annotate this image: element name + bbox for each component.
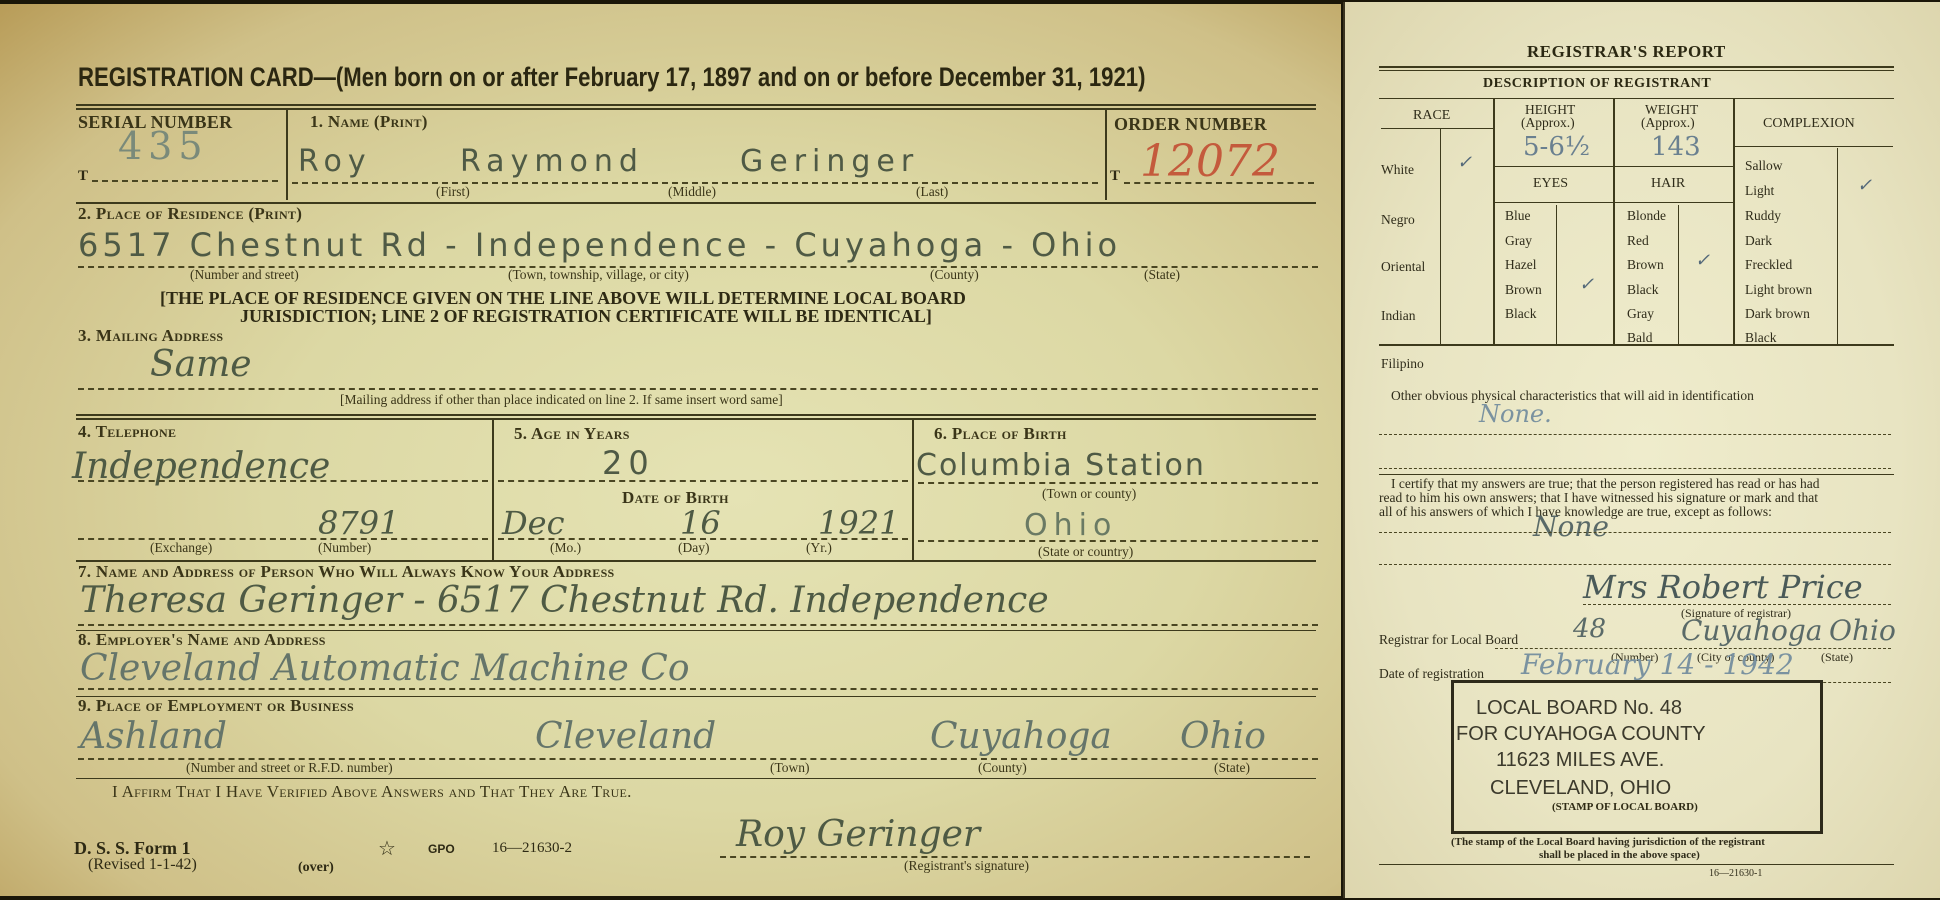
dob-month-caption: (Mo.) [550, 540, 581, 556]
race-option-filipino: Filipino [1381, 356, 1424, 372]
order-number-value: 12072 [1140, 136, 1280, 187]
dob-day: 16 [680, 504, 721, 542]
complexion-option-ruddy: Ruddy [1745, 208, 1781, 224]
hair-option-red: Red [1627, 233, 1649, 249]
employer-value: Cleveland Automatic Machine Co [80, 648, 690, 689]
name-first-caption: (First) [436, 184, 470, 200]
hair-brown-check-icon: ✓ [1695, 250, 1710, 271]
name-middle-caption: (Middle) [668, 184, 716, 200]
birthplace-label: 6. Place of Birth [934, 424, 1067, 444]
eyes-option-black: Black [1505, 306, 1537, 322]
other-characteristics-label: Other obvious physical characteristics t… [1391, 388, 1754, 404]
stamp-caption: (STAMP OF LOCAL BOARD) [1552, 801, 1698, 813]
employment-state-caption: (State) [1214, 760, 1250, 776]
telephone-number: 8791 [318, 504, 399, 542]
serial-number-value: 435 [118, 124, 209, 168]
order-prefix: T [1110, 168, 1120, 185]
mailing-label: 3. Mailing Address [78, 326, 223, 346]
serial-prefix: T [78, 168, 88, 185]
hair-option-black: Black [1627, 282, 1659, 298]
complexion-option-sallow: Sallow [1745, 158, 1783, 174]
registrars-report: REGISTRAR'S REPORT DESCRIPTION OF REGIST… [1343, 2, 1940, 898]
registrant-signature-caption: (Registrant's signature) [904, 858, 1029, 874]
employment-street: Ashland [80, 716, 227, 757]
residence-caption-county: (County) [930, 267, 979, 283]
local-board-state: Ohio [1829, 614, 1896, 647]
eyes-brown-check-icon: ✓ [1579, 274, 1594, 295]
complexion-option-light-brown: Light brown [1745, 282, 1812, 298]
birthplace-town: Columbia Station [916, 448, 1206, 483]
employment-town: Cleveland [535, 716, 716, 757]
telephone-label: 4. Telephone [78, 422, 176, 442]
form-code: 16—21630-2 [492, 840, 572, 857]
race-option-indian: Indian [1381, 308, 1416, 324]
weight-approx: (Approx.) [1641, 115, 1695, 131]
employment-state: Ohio [1180, 716, 1266, 757]
birthplace-state: Ohio [1024, 508, 1117, 543]
form-over: (over) [298, 860, 334, 876]
telephone-number-caption: (Number) [318, 540, 371, 556]
gpo-label: GPO [428, 842, 455, 856]
eyes-option-brown: Brown [1505, 282, 1542, 298]
star-icon: ☆ [378, 836, 396, 861]
employment-street-caption: (Number and street or R.F.D. number) [186, 760, 393, 776]
eyes-option-hazel: Hazel [1505, 257, 1536, 273]
residence-caption-street: (Number and street) [190, 267, 299, 283]
name-last-caption: (Last) [916, 184, 948, 200]
height-approx: (Approx.) [1521, 115, 1575, 131]
stamp-line3: 11623 MILES AVE. [1496, 749, 1664, 772]
dob-year-caption: (Yr.) [806, 540, 832, 556]
eyes-option-gray: Gray [1505, 233, 1532, 249]
employment-county-caption: (County) [978, 760, 1027, 776]
order-number-label: ORDER NUMBER [1114, 114, 1267, 135]
telephone-exchange-caption: (Exchange) [150, 540, 212, 556]
residence-caption-state: (State) [1144, 267, 1180, 283]
race-option-oriental: Oriental [1381, 259, 1425, 275]
complexion-option-freckled: Freckled [1745, 257, 1792, 273]
hair-option-bald: Bald [1627, 330, 1653, 346]
registration-date-value: February 14 - 1942 [1521, 648, 1794, 681]
employment-place-label: 9. Place of Employment or Business [78, 696, 354, 716]
hair-option-brown: Brown [1627, 257, 1664, 273]
dob-year: 1921 [818, 504, 899, 542]
age-label: 5. Age in Years [514, 424, 630, 444]
other-characteristics-value: None. [1479, 400, 1552, 428]
race-option-negro: Negro [1381, 212, 1415, 228]
height-value: 5-6½ [1523, 132, 1590, 162]
complexion-option-light: Light [1745, 183, 1774, 199]
stamp-note-line1: (The stamp of the Local Board having jur… [1451, 836, 1765, 848]
report-code: 16—21630-1 [1709, 868, 1762, 879]
name-label: 1. Name (Print) [310, 112, 428, 132]
residence-notice-line2: JURISDICTION; LINE 2 OF REGISTRATION CER… [240, 306, 932, 327]
hair-label: HAIR [1651, 176, 1685, 192]
report-title: REGISTRAR'S REPORT [1527, 42, 1726, 62]
registration-card-front: REGISTRATION CARD—(Men born on or after … [0, 4, 1341, 896]
age-value: 20 [602, 444, 655, 482]
stamp-line4: CLEVELAND, OHIO [1490, 777, 1671, 800]
race-label: RACE [1413, 108, 1450, 124]
form-revised: (Revised 1-1-42) [88, 856, 197, 874]
employment-county: Cuyahoga [930, 716, 1112, 757]
stamp-note-line2: shall be placed in the above space) [1539, 849, 1700, 861]
local-board-city: Cuyahoga [1681, 614, 1822, 647]
residence-value: 6517 Chestnut Rd - Independence - Cuyaho… [78, 226, 1121, 264]
mailing-value: Same [150, 344, 252, 385]
local-board-number: 48 [1573, 614, 1606, 644]
birthplace-town-caption: (Town or county) [1042, 486, 1136, 502]
complexion-option-dark: Dark [1745, 233, 1772, 249]
local-board-label: Registrar for Local Board [1379, 632, 1518, 648]
hair-option-gray: Gray [1627, 306, 1654, 322]
complexion-option-dark-brown: Dark brown [1745, 306, 1810, 322]
contact-value: Theresa Geringer - 6517 Chestnut Rd. Ind… [80, 580, 1049, 621]
weight-value: 143 [1651, 132, 1701, 162]
birthplace-state-caption: (State or country) [1038, 544, 1133, 560]
local-board-state-caption: (State) [1821, 650, 1853, 665]
eyes-label: EYES [1533, 176, 1568, 192]
card-title: REGISTRATION CARD—(Men born on or after … [78, 62, 1145, 93]
employment-town-caption: (Town) [770, 760, 810, 776]
certification-exceptions-value: None [1533, 510, 1609, 543]
registrar-signature: Mrs Robert Price [1583, 568, 1863, 606]
complexion-label: COMPLEXION [1763, 116, 1855, 132]
dob-day-caption: (Day) [678, 540, 709, 556]
stamp-line1: LOCAL BOARD No. 48 [1476, 697, 1682, 720]
complexion-option-black: Black [1745, 330, 1777, 346]
hair-option-blonde: Blonde [1627, 208, 1666, 224]
registrant-signature: Roy Geringer [736, 814, 980, 855]
dob-month: Dec [502, 504, 565, 542]
residence-label: 2. Place of Residence (Print) [78, 204, 302, 224]
report-subtitle: DESCRIPTION OF REGISTRANT [1483, 76, 1711, 92]
employer-label: 8. Employer's Name and Address [78, 630, 326, 650]
stamp-line2: FOR CUYAHOGA COUNTY [1456, 723, 1706, 746]
affirmation-text: I Affirm That I Have Verified Above Answ… [112, 782, 632, 802]
residence-caption-town: (Town, township, village, or city) [508, 267, 689, 283]
race-white-check-icon: ✓ [1457, 152, 1472, 173]
name-first: Roy [298, 144, 372, 179]
complexion-light-check-icon: ✓ [1857, 175, 1872, 196]
contact-label: 7. Name and Address of Person Who Will A… [78, 562, 615, 582]
name-middle: Raymond [460, 144, 644, 179]
mailing-caption: [Mailing address if other than place ind… [340, 392, 783, 408]
name-last: Geringer [740, 144, 919, 179]
eyes-option-blue: Blue [1505, 208, 1531, 224]
race-option-white: White [1381, 162, 1414, 178]
local-board-stamp: LOCAL BOARD No. 48 FOR CUYAHOGA COUNTY 1… [1451, 680, 1823, 834]
